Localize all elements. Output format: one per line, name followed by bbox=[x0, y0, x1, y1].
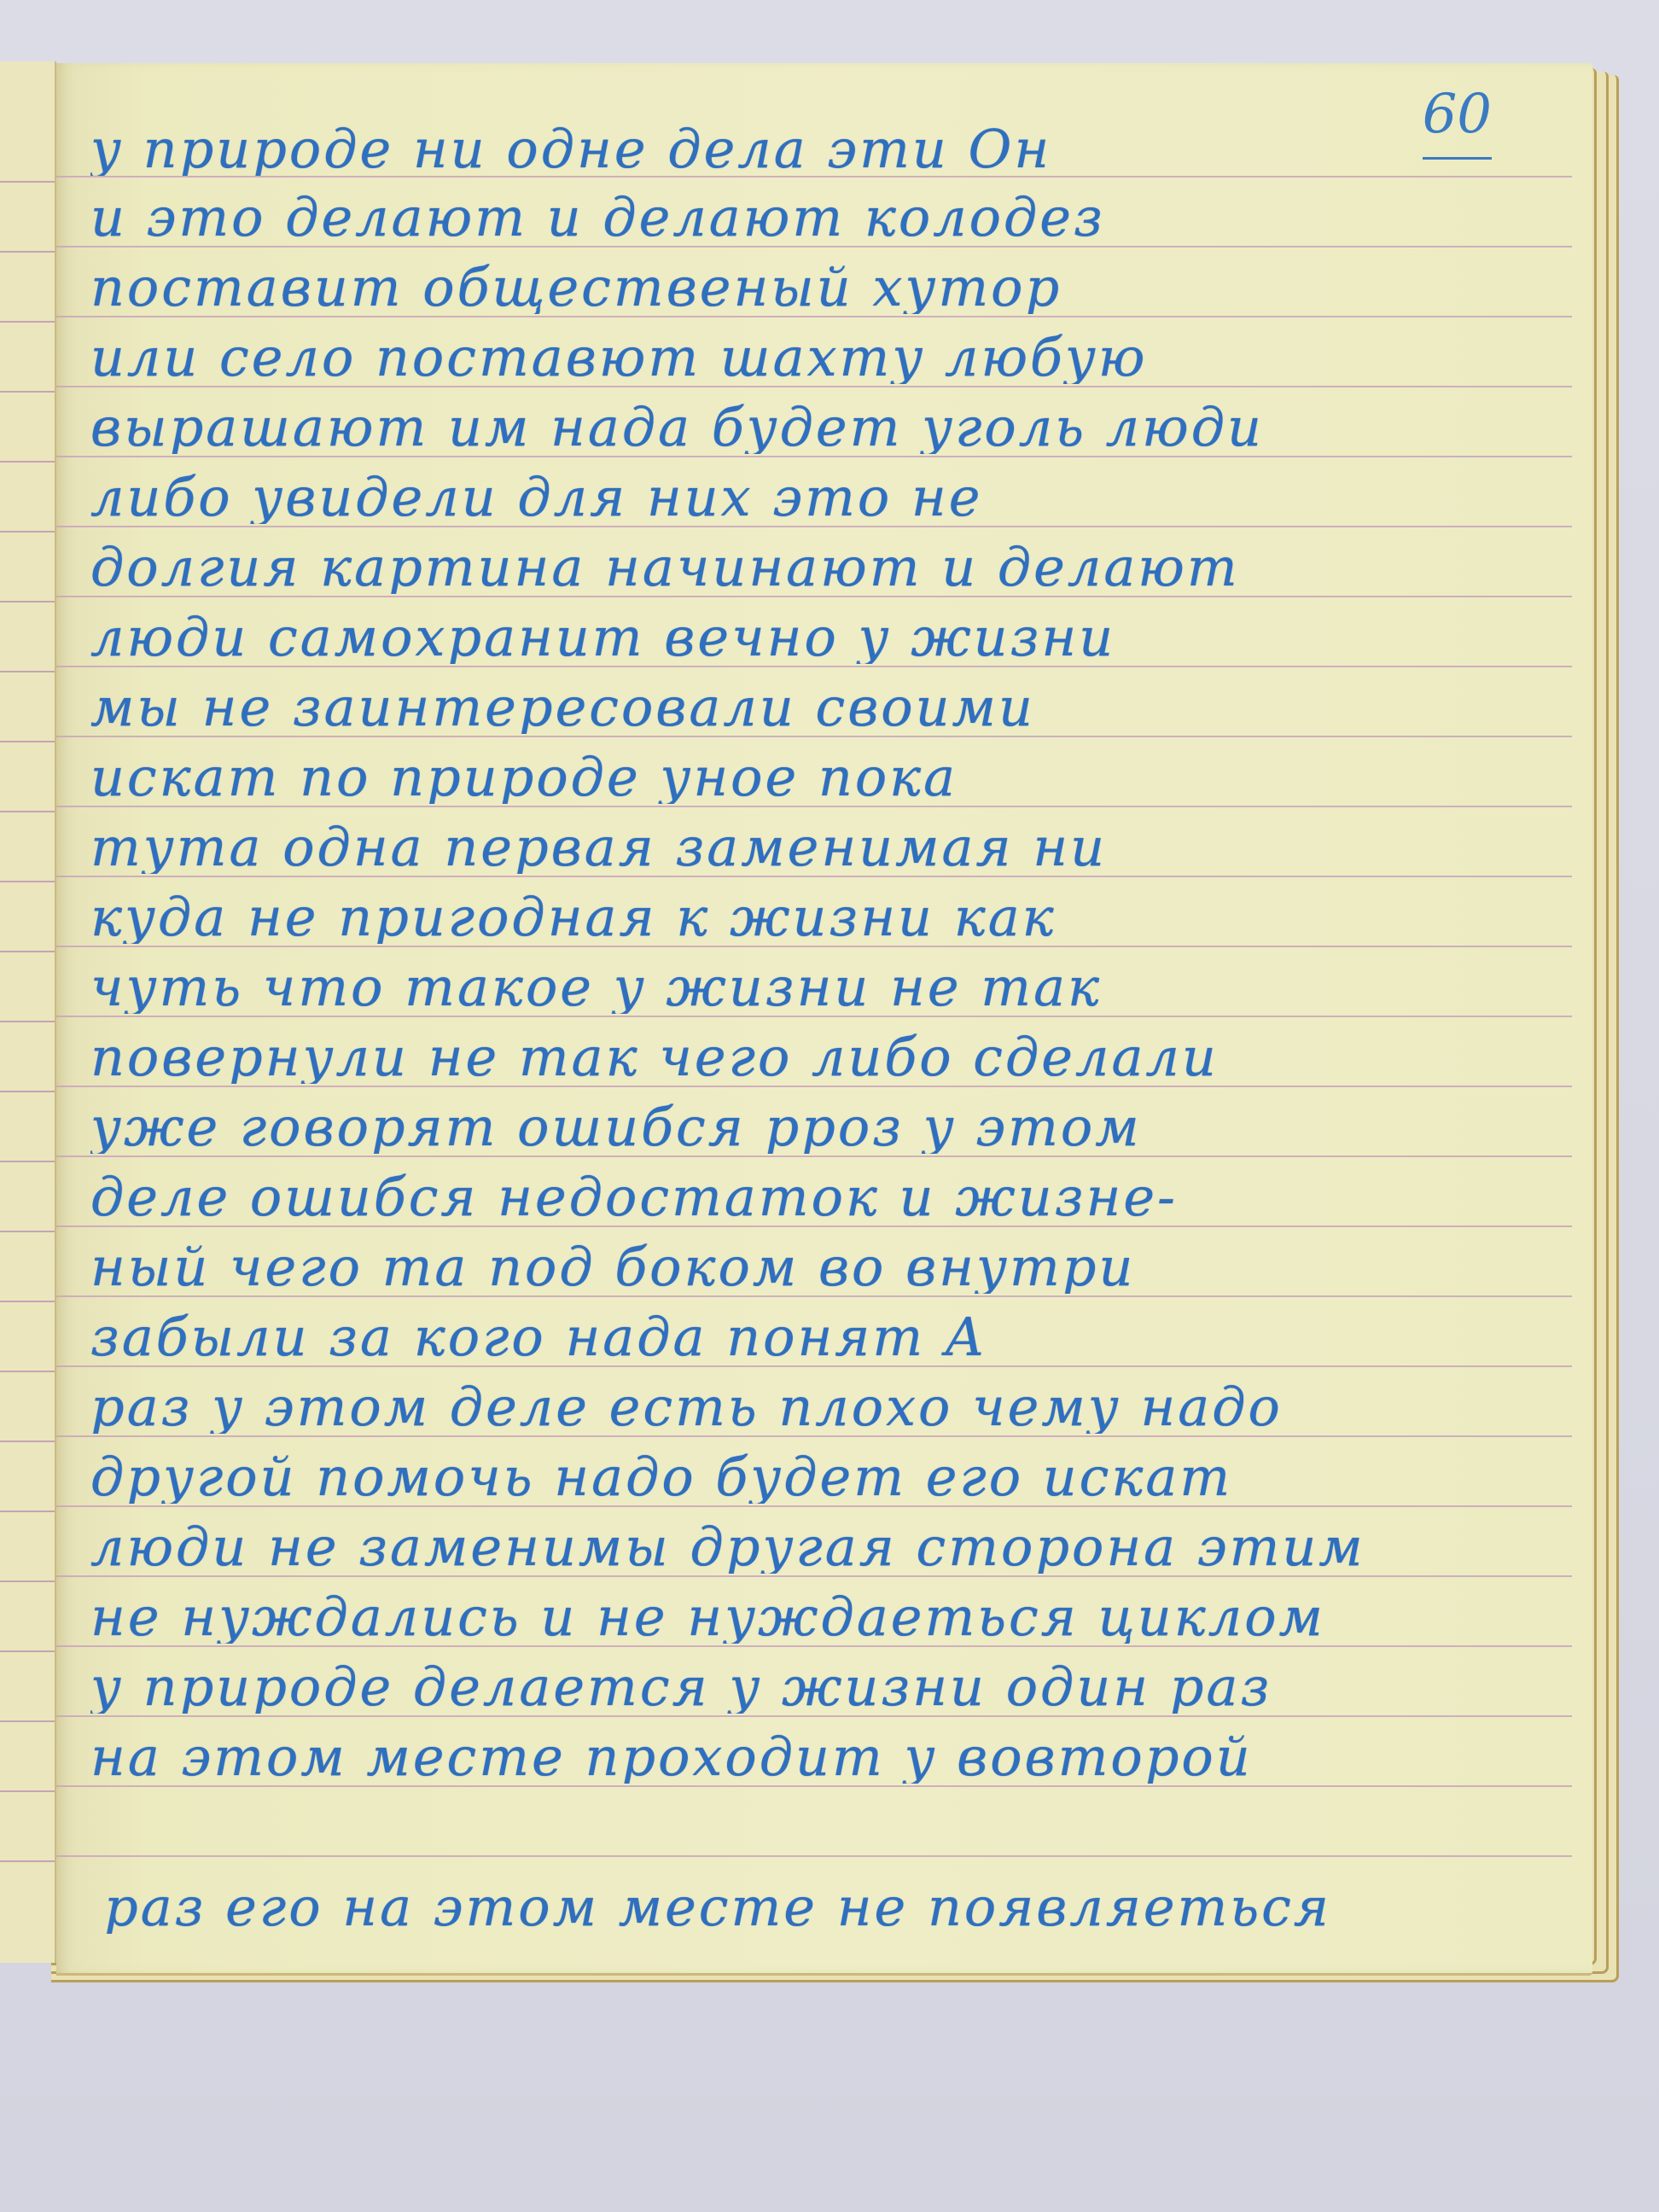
ruled-line bbox=[0, 1790, 55, 1792]
ruled-line bbox=[56, 806, 1572, 807]
ruled-line bbox=[0, 1860, 55, 1862]
ruled-line bbox=[0, 1021, 55, 1022]
ruled-line bbox=[56, 1505, 1572, 1507]
ruled-line bbox=[0, 601, 55, 602]
ruled-line bbox=[0, 811, 55, 812]
handwritten-line: на этом месте проходит у вовторой bbox=[90, 1731, 1533, 1784]
ruled-line bbox=[56, 1016, 1572, 1017]
handwritten-text: у природе ни одне дела эти Они это делаю… bbox=[56, 63, 1592, 1973]
ruled-line bbox=[0, 391, 55, 393]
handwritten-line: деле ошибся недостаток и жизне- bbox=[90, 1171, 1533, 1224]
ruled-line bbox=[56, 736, 1572, 737]
notebook-page: 60 у природе ни одне дела эти Они это де… bbox=[56, 63, 1592, 1976]
ruled-line bbox=[56, 526, 1572, 527]
handwritten-line: поставит общественый хутор bbox=[90, 261, 1533, 314]
ruled-line bbox=[56, 1225, 1572, 1227]
ruled-line bbox=[56, 596, 1572, 597]
ruled-line bbox=[0, 321, 55, 323]
ruled-line bbox=[56, 1435, 1572, 1437]
handwritten-line: не нуждались и не нуждаеться циклом bbox=[90, 1591, 1533, 1644]
handwritten-line: или село поставют шахту любую bbox=[90, 331, 1533, 384]
handwritten-line: у природе ни одне дела эти Он bbox=[90, 123, 1533, 176]
handwritten-line: и это делают и делают колодез bbox=[90, 191, 1533, 244]
ruled-line bbox=[56, 1855, 1572, 1857]
ruled-line bbox=[56, 1086, 1572, 1087]
ruled-line bbox=[56, 946, 1572, 947]
ruled-line bbox=[0, 181, 55, 183]
ruled-line bbox=[56, 1645, 1572, 1647]
handwritten-line: искат по природе уное пока bbox=[90, 751, 1533, 804]
handwritten-line: люди самохранит вечно у жизни bbox=[90, 611, 1533, 664]
ruled-line bbox=[56, 456, 1572, 457]
ruled-line bbox=[0, 1301, 55, 1302]
handwritten-line: у природе делается у жизни один раз bbox=[90, 1661, 1533, 1714]
previous-page-margin bbox=[0, 61, 56, 1963]
ruled-line bbox=[56, 176, 1572, 178]
handwritten-line: забыли за кого нада понят А bbox=[90, 1311, 1533, 1364]
ruled-line bbox=[0, 1161, 55, 1162]
ruled-line bbox=[56, 1295, 1572, 1297]
handwritten-line: тута одна первая заменимая ни bbox=[90, 821, 1533, 874]
handwritten-line: вырашают им нада будет уголь люди bbox=[90, 401, 1533, 454]
handwritten-line: либо увидели для них это не bbox=[90, 471, 1533, 524]
ruled-line bbox=[0, 1441, 55, 1442]
ruled-line bbox=[56, 1155, 1572, 1157]
ruled-line bbox=[0, 1371, 55, 1372]
ruled-line bbox=[56, 246, 1572, 247]
handwritten-line: мы не заинтересовали своими bbox=[90, 681, 1533, 734]
handwritten-line: куда не пригодная к жизни как bbox=[90, 891, 1533, 944]
ruled-line bbox=[56, 1365, 1572, 1367]
ruled-line bbox=[56, 316, 1572, 317]
ruled-line bbox=[0, 741, 55, 742]
ruled-line bbox=[0, 881, 55, 882]
handwritten-line: чуть что такое у жизни не так bbox=[90, 961, 1533, 1014]
handwritten-line: раз его на этом месте не появляеться bbox=[104, 1881, 1533, 1934]
ruled-line bbox=[0, 1580, 55, 1582]
handwritten-line: люди не заменимы другая сторона этим bbox=[90, 1521, 1533, 1574]
handwritten-line: долгия картина начинают и делают bbox=[90, 541, 1533, 594]
ruled-line bbox=[0, 1231, 55, 1232]
handwritten-line: ный чего та под боком во внутри bbox=[90, 1241, 1533, 1294]
ruled-line bbox=[0, 251, 55, 253]
handwritten-line: повернули не так чего либо сделали bbox=[90, 1031, 1533, 1084]
ruled-line bbox=[56, 1785, 1572, 1787]
ruled-line bbox=[0, 1091, 55, 1092]
ruled-line bbox=[0, 461, 55, 463]
handwritten-line: раз у этом деле есть плохо чему надо bbox=[90, 1381, 1533, 1434]
ruled-line bbox=[0, 531, 55, 533]
ruled-line bbox=[0, 1720, 55, 1722]
ruled-line bbox=[56, 386, 1572, 387]
ruled-line bbox=[56, 666, 1572, 667]
ruled-line bbox=[56, 876, 1572, 877]
ruled-line bbox=[56, 1575, 1572, 1577]
ruled-line bbox=[0, 671, 55, 672]
handwritten-line: другой помочь надо будет его искат bbox=[90, 1451, 1533, 1504]
handwritten-line: уже говорят ошибся рроз у этом bbox=[90, 1101, 1533, 1154]
ruled-line bbox=[56, 1715, 1572, 1717]
ruled-line bbox=[0, 1511, 55, 1512]
ruled-line bbox=[0, 1650, 55, 1652]
ruled-line bbox=[0, 951, 55, 952]
